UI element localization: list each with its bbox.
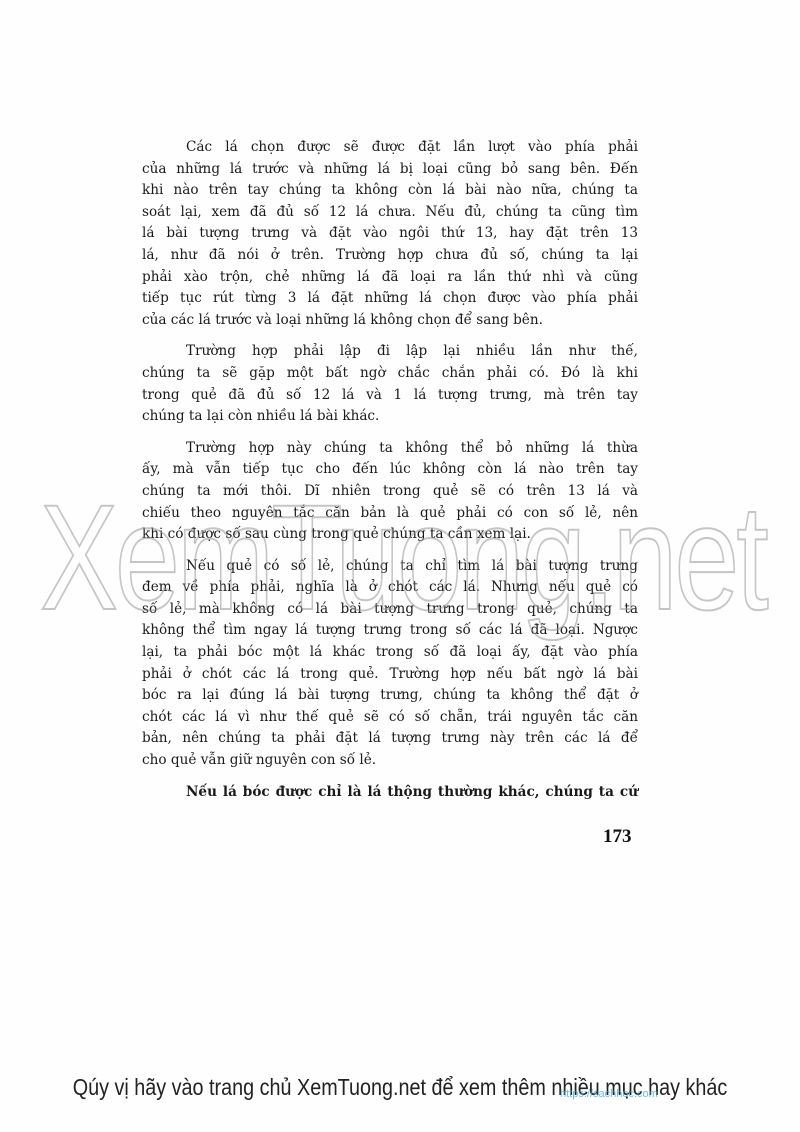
paragraph-1: Các lá chọn được sẽ được đặt lần lượt và… bbox=[142, 137, 638, 331]
text-line: lại, ta phải bóc một lá khác trong số đã… bbox=[142, 642, 638, 664]
paragraph-5: Nếu lá bóc được chỉ là lá thộng thường k… bbox=[142, 782, 638, 804]
footer-site-link[interactable]: XemTuong.net bbox=[297, 1074, 426, 1100]
text-line: bản, nên chúng ta phải đặt lá tượng trưn… bbox=[142, 728, 638, 750]
text-line: phải ở chót các lá trong quẻ. Trường hợp… bbox=[142, 664, 638, 686]
text-line: bóc ra lại đúng lá bài tượng trưng, chún… bbox=[142, 685, 638, 707]
paragraph-3: Trường hợp này chúng ta không thể bỏ nhữ… bbox=[142, 438, 638, 546]
paragraph-gap bbox=[142, 546, 638, 556]
paragraph-gap bbox=[142, 331, 638, 341]
overlay-url-watermark: https://sachhoc.com bbox=[560, 1088, 658, 1100]
text-line: soát lại, xem đã đủ số 12 lá chưa. Nếu đ… bbox=[142, 202, 638, 224]
text-line: Trường hợp này chúng ta không thể bỏ nhữ… bbox=[142, 438, 638, 460]
text-line: chót các lá vì như thế quẻ sẽ có số chẵn… bbox=[142, 707, 638, 729]
text-line: Nếu quẻ có số lẻ, chúng ta chỉ tìm lá bà… bbox=[142, 556, 638, 578]
paragraph-2: Trường hợp phải lập đi lập lại nhiều lần… bbox=[142, 341, 638, 427]
text-line: phải xào trộn, chẻ những lá đã loại ra l… bbox=[142, 267, 638, 289]
text-line: cho quẻ vẫn giữ nguyên con số lẻ. bbox=[142, 750, 638, 772]
text-line: ấy, mà vẫn tiếp tục cho đến lúc không cò… bbox=[142, 459, 638, 481]
text-line: tiếp tục rút từng 3 lá đặt những lá chọn… bbox=[142, 288, 638, 310]
paragraph-4: Nếu quẻ có số lẻ, chúng ta chỉ tìm lá bà… bbox=[142, 556, 638, 772]
text-line: khi có được số sau cùng trong quẻ chúng … bbox=[142, 524, 638, 546]
text-line: lá bài tượng trưng và đặt vào ngôi thứ 1… bbox=[142, 223, 638, 245]
text-line: chúng ta lại còn nhiều lá bài khác. bbox=[142, 406, 638, 428]
text-line: Nếu lá bóc được chỉ là lá thộng thường k… bbox=[142, 782, 638, 804]
text-line: Trường hợp phải lập đi lập lại nhiều lần… bbox=[142, 341, 638, 363]
text-line: lá, như đã nói ở trên. Trường hợp chưa đ… bbox=[142, 245, 638, 267]
paragraph-gap bbox=[142, 428, 638, 438]
text-line: khi nào trên tay chúng ta không còn lá b… bbox=[142, 180, 638, 202]
paragraph-gap bbox=[142, 772, 638, 782]
text-line: đem về phía phải, nghĩa là ở chót các lá… bbox=[142, 577, 638, 599]
text-line: chiếu theo nguyên tắc căn bản là quẻ phả… bbox=[142, 503, 638, 525]
text-line: chúng ta sẽ gặp một bất ngờ chắc chắn ph… bbox=[142, 363, 638, 385]
text-line: của những lá trước và những lá bị loại c… bbox=[142, 159, 638, 181]
text-line: không thể tìm ngay lá tượng trưng trong … bbox=[142, 620, 638, 642]
text-line: trong quẻ đã đủ số 12 lá và 1 lá tượng t… bbox=[142, 385, 638, 407]
body-text: Các lá chọn được sẽ được đặt lần lượt và… bbox=[142, 137, 638, 803]
text-line: Các lá chọn được sẽ được đặt lần lượt và… bbox=[142, 137, 638, 159]
text-line: số lẻ, mà không có lá bài tượng trưng tr… bbox=[142, 599, 638, 621]
page-number: 173 bbox=[603, 826, 632, 848]
text-line: của các lá trước và loại những lá không … bbox=[142, 310, 638, 332]
scanned-book-page: Các lá chọn được sẽ được đặt lần lượt và… bbox=[0, 0, 800, 1132]
text-line: chúng ta mới thôi. Dĩ nhiên trong quẻ sẽ… bbox=[142, 481, 638, 503]
footer-text-prefix: Qúy vị hãy vào trang chủ bbox=[73, 1074, 297, 1100]
